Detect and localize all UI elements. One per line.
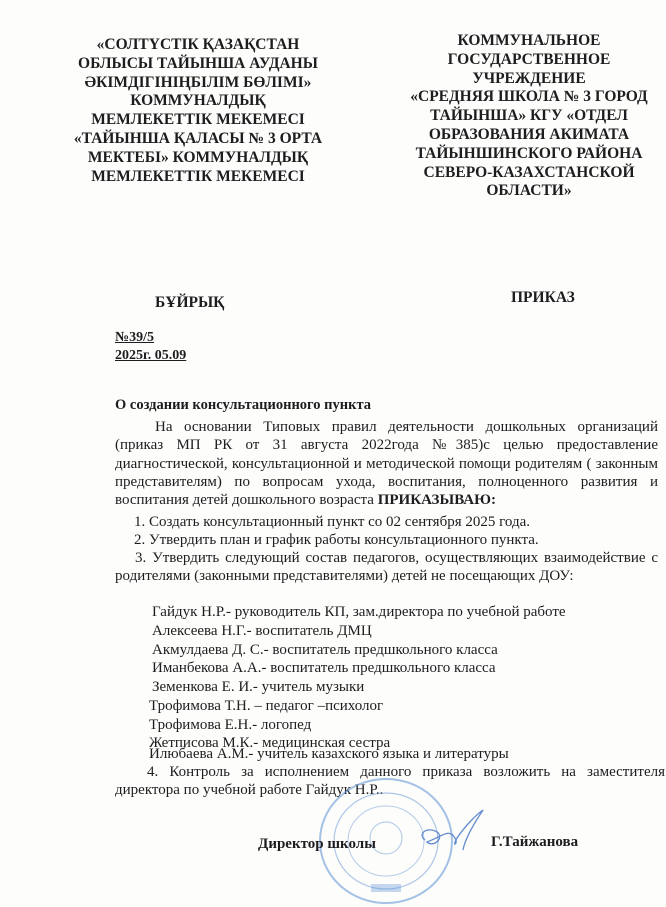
staff-member: Илюбаева А.М.- учитель казахского языка … [149, 745, 509, 763]
header-line: МЕМЛЕКЕТТІК МЕКЕМЕСІ [68, 111, 328, 130]
header-line: ОБЛАСТИ» [398, 182, 660, 201]
header-line: «СРЕДНЯЯ ШКОЛА № 3 ГОРОД [398, 88, 660, 107]
header-line: КОММУНАЛЬНОЕ [398, 32, 660, 51]
order-keyword: ПРИКАЗЫВАЮ: [378, 492, 496, 508]
header-line: ӘКІМДІГІНІҢБІЛІМ БӨЛІМІ» [68, 74, 328, 93]
header-kazakh-institution: «СОЛТҮСТІК ҚАЗАҚСТАН ОБЛЫСЫ ТАЙЫНША АУДА… [68, 36, 328, 186]
staff-member: Алексеева Н.Г.- воспитатель ДМЦ [152, 622, 372, 640]
order-item-2: 2. Утвердить план и график работы консул… [134, 532, 539, 549]
intro-paragraph: На основании Типовых правил деятельности… [115, 418, 658, 509]
staff-member: Акмулдаева Д. С.- воспитатель предшкольн… [152, 641, 498, 659]
order-item-3: 3. Утвердить следующий состав педагогов,… [115, 549, 658, 586]
header-line: СЕВЕРО-КАЗАХСТАНСКОЙ [398, 164, 660, 183]
staff-member: Трофимова Е.Н.- логопед [149, 716, 311, 734]
order-date: 2025г. 05.09 [115, 347, 186, 365]
header-russian-institution: КОММУНАЛЬНОЕ ГОСУДАРСТВЕННОЕ УЧРЕЖДЕНИЕ … [398, 32, 660, 201]
header-line: ОБРАЗОВАНИЯ АКИМАТА [398, 126, 660, 145]
header-line: ТАЙЫНШИНСКОГО РАЙОНА [398, 145, 660, 164]
header-line: «ТАЙЫНША ҚАЛАСЫ № 3 ОРТА [68, 130, 328, 149]
title-kazakh: БҰЙРЫҚ [155, 294, 224, 312]
signer-name: Г.Тайжанова [491, 834, 578, 851]
staff-member: Гайдук Н.Р.- руководитель КП, зам.директ… [152, 603, 566, 621]
header-line: МЕКТЕБІ» КОММУНАЛДЫҚ [68, 149, 328, 168]
title-russian: ПРИКАЗ [511, 289, 575, 307]
header-line: МЕМЛЕКЕТТІК МЕКЕМЕСІ [68, 168, 328, 187]
header-line: ОБЛЫСЫ ТАЙЫНША АУДАНЫ [68, 55, 328, 74]
order-number: №39/5 [115, 329, 154, 347]
staff-member: Земенкова Е. И.- учитель музыки [152, 678, 364, 696]
order-item-1: 1. Создать консультационный пункт со 02 … [134, 514, 530, 531]
header-line: УЧРЕЖДЕНИЕ [398, 70, 660, 89]
header-line: «СОЛТҮСТІК ҚАЗАҚСТАН [68, 36, 328, 55]
order-subject: О создании консультационного пункта [115, 397, 371, 414]
header-line: ГОСУДАРСТВЕННОЕ [398, 51, 660, 70]
staff-member: Иманбекова А.А.- воспитатель предшкольно… [152, 659, 496, 677]
staff-member: Трофимова Т.Н. – педагог –психолог [149, 697, 383, 715]
signature-position: Директор школы [258, 836, 376, 853]
header-line: КОММУНАЛДЫҚ [68, 92, 328, 111]
header-line: ТАЙЫНША» КГУ «ОТДЕЛ [398, 107, 660, 126]
signature-icon [415, 808, 490, 853]
